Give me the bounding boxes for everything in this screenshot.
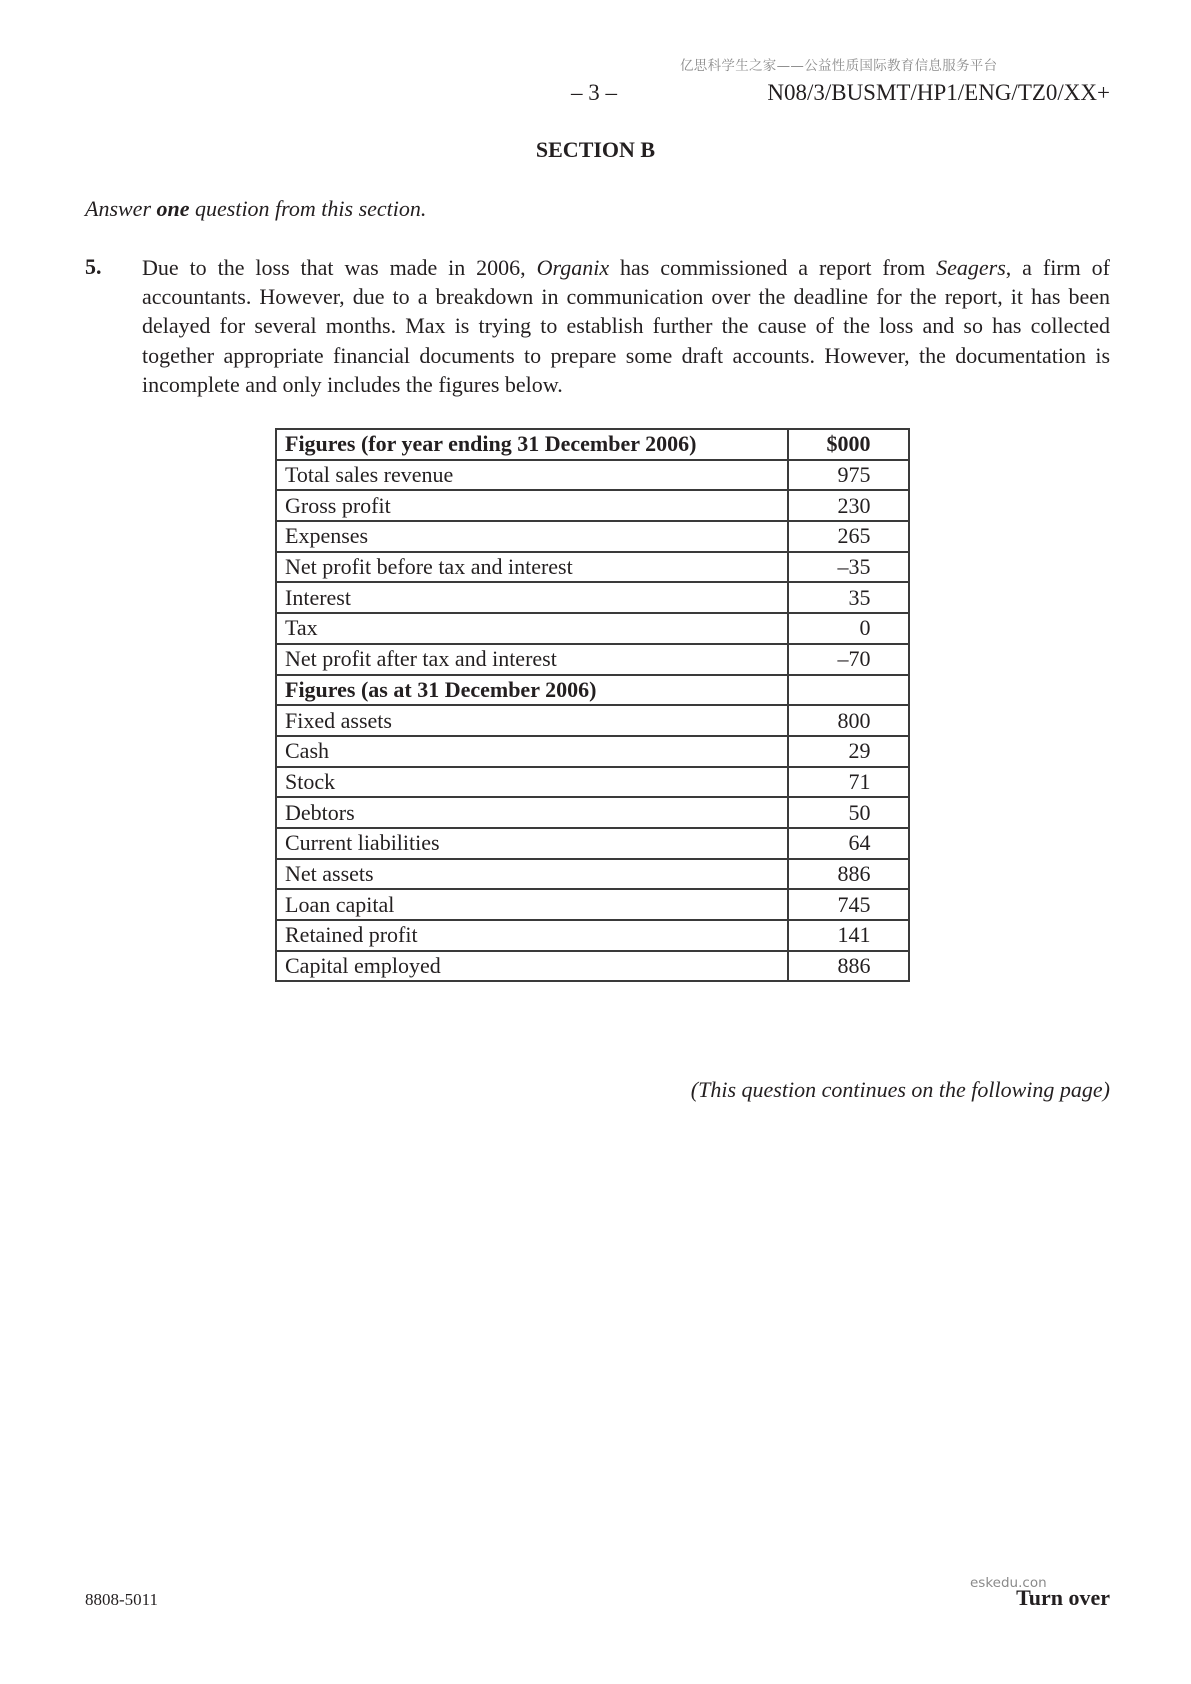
table-header-row: Figures (for year ending 31 December 200… [276,429,909,460]
row-value: 745 [827,892,871,918]
footer-code: 8808-5011 [85,1590,158,1610]
row-label: Stock [276,767,788,798]
row-label: Figures (for year ending 31 December 200… [276,429,788,460]
table-row: Fixed assets800 [276,705,909,736]
row-label: Current liabilities [276,828,788,859]
instruction-post: question from this section. [190,196,427,221]
row-value: 800 [827,708,871,734]
row-value: 29 [827,738,871,764]
table-row: Current liabilities64 [276,828,909,859]
question-text: Due to the loss that was made in 2006, O… [142,253,1110,399]
row-label: Retained profit [276,920,788,951]
row-value-cell: 886 [788,951,909,982]
instruction-emphasis: one [157,196,190,221]
row-value: 886 [827,953,871,979]
row-label: Debtors [276,797,788,828]
row-value-cell: 230 [788,490,909,521]
row-value-cell: 71 [788,767,909,798]
row-value: 141 [827,922,871,948]
row-value: 35 [827,585,871,611]
row-value-cell: 64 [788,828,909,859]
row-value: 265 [827,523,871,549]
row-label: Net profit before tax and interest [276,552,788,583]
row-value: $000 [827,431,871,457]
row-value-cell: 141 [788,920,909,951]
row-value: 886 [827,861,871,887]
row-value-cell: 265 [788,521,909,552]
row-value: –35 [827,554,871,580]
watermark-top: 亿思科学生之家——公益性质国际教育信息服务平台 [680,54,997,74]
row-label: Fixed assets [276,705,788,736]
row-label: Net assets [276,859,788,890]
row-label: Figures (as at 31 December 2006) [276,675,788,706]
table-row: Debtors50 [276,797,909,828]
row-label: Loan capital [276,889,788,920]
row-value-cell: 35 [788,582,909,613]
table-row: Loan capital745 [276,889,909,920]
row-value: 50 [827,800,871,826]
row-value-cell [788,675,909,706]
row-value-cell: –35 [788,552,909,583]
table-row: Stock71 [276,767,909,798]
row-value: 64 [827,830,871,856]
figures-table: Figures (for year ending 31 December 200… [275,428,910,982]
row-label: Net profit after tax and interest [276,644,788,675]
table-row: Total sales revenue975 [276,460,909,491]
table-row: Net profit before tax and interest–35 [276,552,909,583]
table-row: Cash29 [276,736,909,767]
question-text-part-1: Due to the loss that was made in 2006, [142,255,537,280]
row-value-cell: –70 [788,644,909,675]
table-row: Net profit after tax and interest–70 [276,644,909,675]
question-text-part-2: has commissioned a report from [609,255,936,280]
row-value-cell: 800 [788,705,909,736]
turn-over-label: Turn over [1016,1585,1110,1611]
table-row: Gross profit230 [276,490,909,521]
firm-name: Seagers [936,255,1006,280]
row-label: Expenses [276,521,788,552]
row-value: 230 [827,493,871,519]
page-number: – 3 – [571,80,617,106]
question-number: 5. [85,254,102,280]
row-label: Tax [276,613,788,644]
table-row: Interest35 [276,582,909,613]
row-value: 71 [827,769,871,795]
row-label: Total sales revenue [276,460,788,491]
table-row: Capital employed886 [276,951,909,982]
row-value: –70 [827,646,871,672]
row-value: 0 [827,615,871,641]
company-name: Organix [537,255,610,280]
table-row: Net assets886 [276,859,909,890]
section-instruction: Answer one question from this section. [85,196,426,222]
row-value-cell: 50 [788,797,909,828]
row-value-cell: 886 [788,859,909,890]
table-row: Expenses265 [276,521,909,552]
section-title: SECTION B [0,137,1191,163]
row-value-cell: 975 [788,460,909,491]
row-value-cell: 745 [788,889,909,920]
row-label: Gross profit [276,490,788,521]
instruction-pre: Answer [85,196,157,221]
row-label: Capital employed [276,951,788,982]
row-label: Cash [276,736,788,767]
row-label: Interest [276,582,788,613]
row-value-cell: $000 [788,429,909,460]
table-row: Tax0 [276,613,909,644]
document-code: N08/3/BUSMT/HP1/ENG/TZ0/XX+ [767,80,1110,106]
row-value-cell: 29 [788,736,909,767]
table-row: Retained profit141 [276,920,909,951]
table-header-row: Figures (as at 31 December 2006) [276,675,909,706]
row-value-cell: 0 [788,613,909,644]
continues-note: (This question continues on the followin… [691,1077,1110,1103]
row-value: 975 [827,462,871,488]
